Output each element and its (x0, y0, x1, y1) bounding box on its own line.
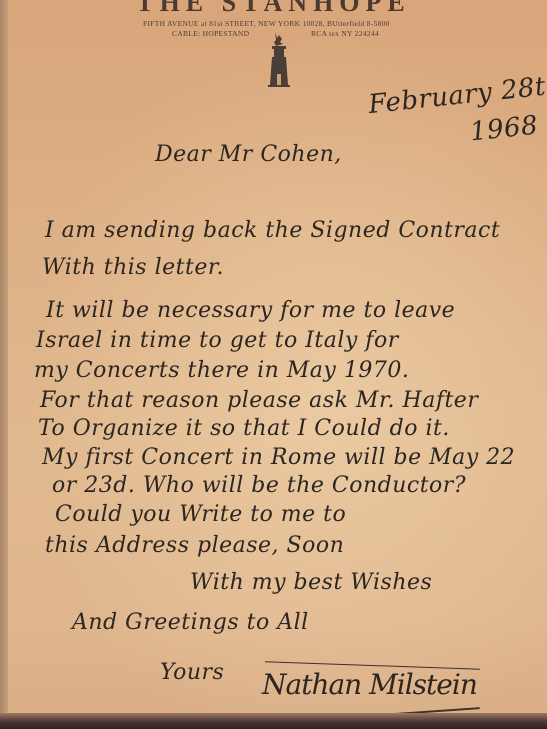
valediction: Yours (160, 660, 224, 685)
signature: Nathan Milstein (262, 668, 477, 701)
body-line: To Organize it so that I Could do it. (38, 416, 450, 441)
body-line: Israel in time to get to Italy for (36, 328, 399, 353)
body-line: Could you Write to me to (55, 502, 346, 527)
body-line: this Address please, Soon (45, 533, 344, 558)
closing-line: And Greetings to All (72, 610, 309, 635)
body-line: or 23d. Who will be the Conductor? (52, 473, 466, 498)
letter-photo: THE STANHOPE FIFTH AVENUE at 81st STREET… (0, 0, 547, 729)
body-line: my Concerts there in May 1970. (34, 358, 409, 383)
letterhead-address: FIFTH AVENUE at 81st STREET, NEW YORK 10… (143, 19, 547, 28)
letter-date-year: 1968 (469, 111, 540, 148)
salutation: Dear Mr Cohen, (155, 142, 342, 167)
body-line: My first Concert in Rome will be May 22 (42, 445, 515, 470)
body-line: With this letter. (42, 255, 224, 280)
letterhead-telex: RCA tex NY 224244 (311, 29, 547, 38)
paper-left-edge (0, 0, 8, 729)
body-line: For that reason please ask Mr. Hafter (40, 388, 478, 413)
frame-bottom-edge (0, 713, 547, 729)
letterhead-title: THE STANHOPE (0, 0, 547, 18)
body-line: It will be necessary for me to leave (46, 298, 455, 323)
closing-line: With my best Wishes (190, 570, 432, 595)
lighthouse-lion-icon (266, 30, 292, 90)
body-line: I am sending back the Signed Contract (45, 218, 500, 243)
